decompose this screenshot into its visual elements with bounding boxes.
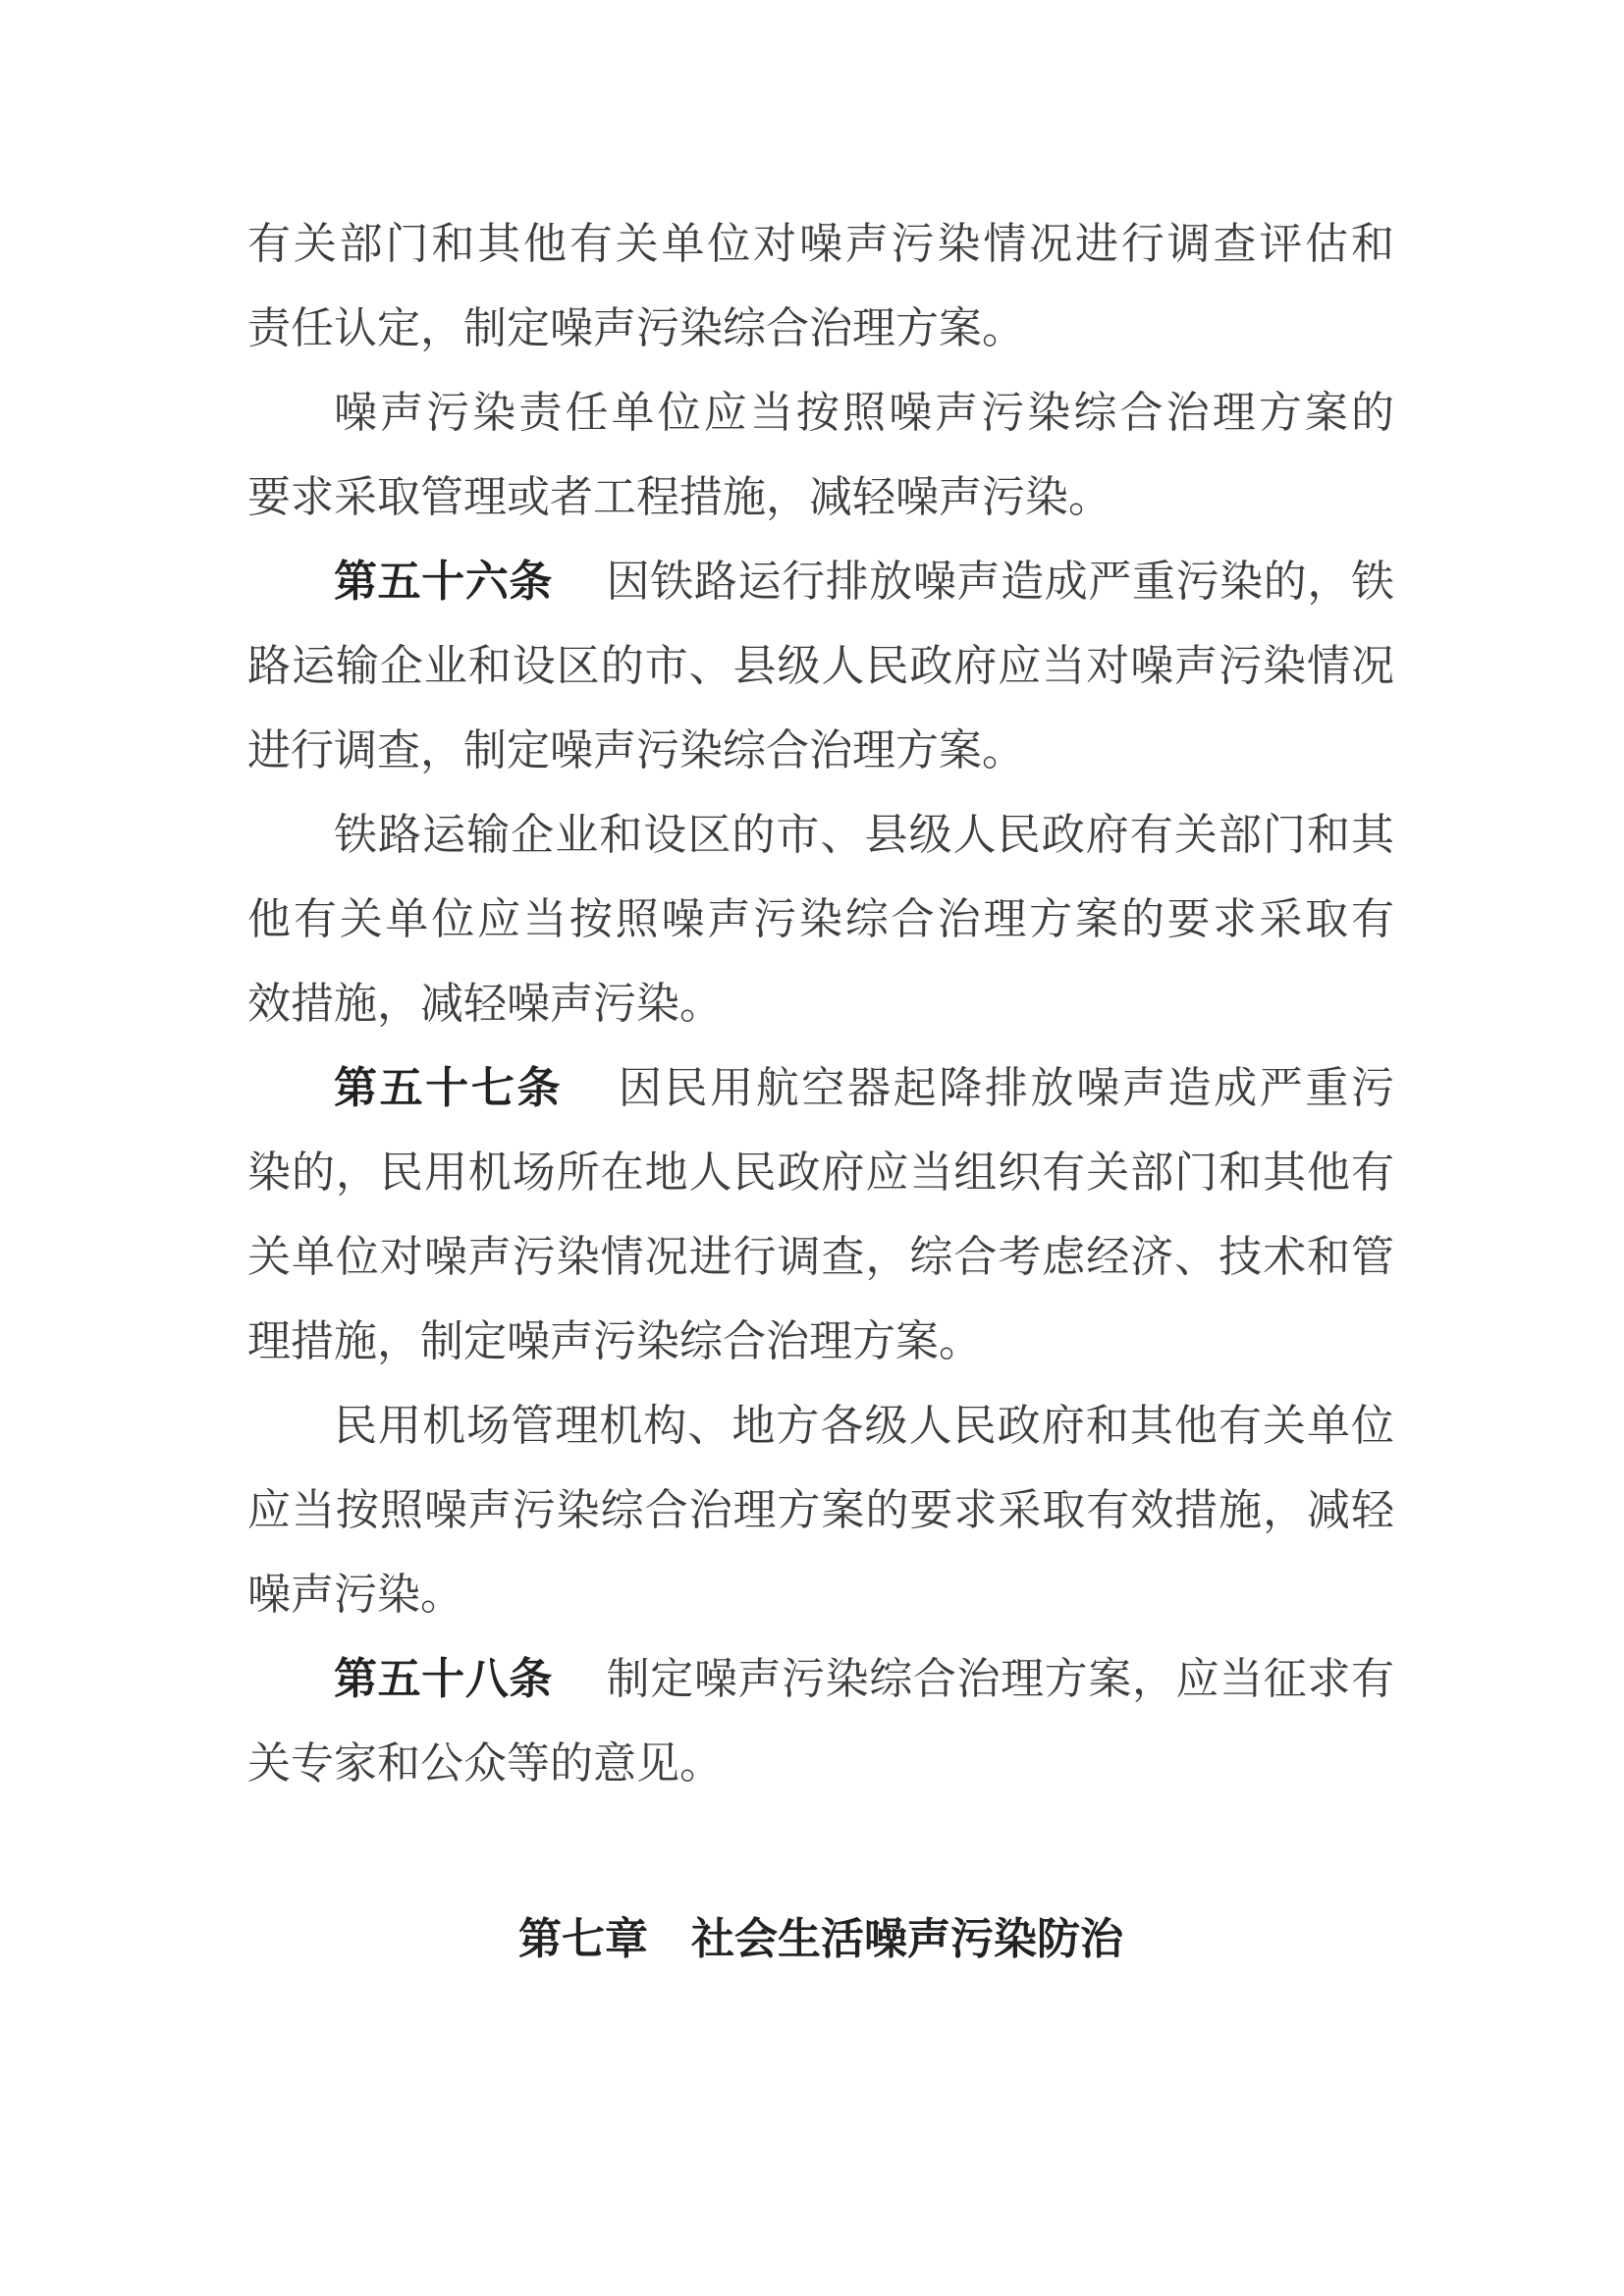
text-line: 进行调查，制定噪声污染综合治理方案。 <box>247 709 1394 793</box>
text-line: 路运输企业和设区的市、县级人民政府应当对噪声污染情况 <box>247 624 1394 709</box>
article-number: 第五十六条 <box>334 558 553 606</box>
text-line: 铁路运输企业和设区的市、县级人民政府有关部门和其 <box>247 793 1394 878</box>
body-text: 效措施，减轻噪声污染。 <box>247 980 723 1028</box>
body-text: 路运输企业和设区的市、县级人民政府应当对噪声污染情况 <box>247 642 1394 690</box>
text-line: 责任认定，制定噪声污染综合治理方案。 <box>247 287 1394 371</box>
chapter-heading-gap <box>648 1952 691 1953</box>
article-number: 第五十七条 <box>334 1064 563 1112</box>
body-text: 关专家和公众等的意见。 <box>247 1739 723 1788</box>
text-line: 第五十八条制定噪声污染综合治理方案，应当征求有 <box>247 1637 1394 1722</box>
article-number-gap <box>553 595 606 596</box>
text-line: 民用机场管理机构、地方各级人民政府和其他有关单位 <box>247 1384 1394 1468</box>
chapter-title: 社会生活噪声污染防治 <box>691 1915 1123 1963</box>
text-line: 噪声污染责任单位应当按照噪声污染综合治理方案的 <box>247 371 1394 455</box>
text-line: 噪声污染。 <box>247 1553 1394 1637</box>
body-text: 有关部门和其他有关单位对噪声污染情况进行调查评估和 <box>247 220 1394 268</box>
text-line: 应当按照噪声污染综合治理方案的要求采取有效措施，减轻 <box>247 1468 1394 1553</box>
body-text: 要求采取管理或者工程措施，减轻噪声污染。 <box>247 473 1111 521</box>
body-text: 因铁路运行排放噪声造成严重污染的，铁 <box>606 558 1394 606</box>
body-text: 因民用航空器起降排放噪声造成严重污 <box>616 1064 1394 1112</box>
text-block: 有关部门和其他有关单位对噪声污染情况进行调查评估和责任认定，制定噪声污染综合治理… <box>247 202 1394 1982</box>
chapter-heading: 第七章社会生活噪声污染防治 <box>247 1897 1394 1982</box>
body-text: 染的，民用机场所在地人民政府应当组织有关部门和其他有 <box>247 1148 1394 1197</box>
text-line: 效措施，减轻噪声污染。 <box>247 962 1394 1046</box>
body-text: 民用机场管理机构、地方各级人民政府和其他有关单位 <box>334 1402 1394 1450</box>
body-text: 铁路运输企业和设区的市、县级人民政府有关部门和其 <box>334 811 1394 859</box>
text-line: 第五十七条因民用航空器起降排放噪声造成严重污 <box>247 1046 1394 1131</box>
text-line: 关单位对噪声污染情况进行调查，综合考虑经济、技术和管 <box>247 1215 1394 1300</box>
body-text: 噪声污染责任单位应当按照噪声污染综合治理方案的 <box>334 389 1394 437</box>
text-line: 染的，民用机场所在地人民政府应当组织有关部门和其他有 <box>247 1131 1394 1215</box>
body-text: 进行调查，制定噪声污染综合治理方案。 <box>247 726 1025 774</box>
text-line: 第五十六条因铁路运行排放噪声造成严重污染的，铁 <box>247 540 1394 624</box>
article-number-gap <box>553 1692 606 1693</box>
text-line: 他有关单位应当按照噪声污染综合治理方案的要求采取有 <box>247 878 1394 962</box>
text-line: 理措施，制定噪声污染综合治理方案。 <box>247 1300 1394 1384</box>
text-line: 要求采取管理或者工程措施，减轻噪声污染。 <box>247 455 1394 540</box>
body-text: 应当按照噪声污染综合治理方案的要求采取有效措施，减轻 <box>247 1486 1394 1534</box>
article-number-gap <box>563 1101 616 1102</box>
body-text: 制定噪声污染综合治理方案，应当征求有 <box>606 1655 1394 1703</box>
chapter-number: 第七章 <box>518 1915 648 1963</box>
body-text: 他有关单位应当按照噪声污染综合治理方案的要求采取有 <box>247 895 1394 943</box>
text-line: 有关部门和其他有关单位对噪声污染情况进行调查评估和 <box>247 202 1394 287</box>
body-text: 理措施，制定噪声污染综合治理方案。 <box>247 1317 982 1365</box>
document-page: 有关部门和其他有关单位对噪声污染情况进行调查评估和责任认定，制定噪声污染综合治理… <box>0 0 1624 2296</box>
text-line: 关专家和公众等的意见。 <box>247 1722 1394 1806</box>
article-number: 第五十八条 <box>334 1655 553 1703</box>
body-text: 噪声污染。 <box>247 1571 463 1619</box>
body-text: 关单位对噪声污染情况进行调查，综合考虑经济、技术和管 <box>247 1233 1394 1281</box>
body-text: 责任认定，制定噪声污染综合治理方案。 <box>247 304 1025 352</box>
